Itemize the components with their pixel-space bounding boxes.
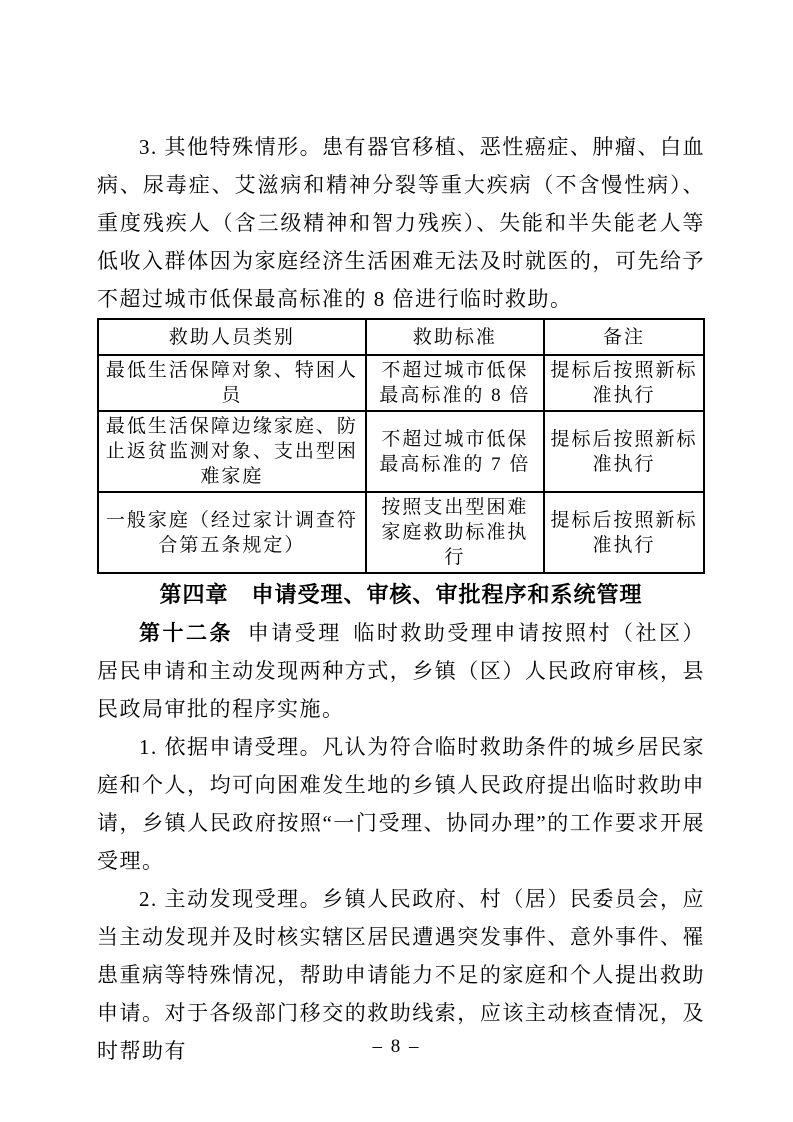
table-cell-category: 最低生活保障对象、特困人员 [98,355,366,411]
page-number: – 8 – [0,1036,793,1058]
table-cell-remark: 提标后按照新标准执行 [544,355,704,411]
table-header-row: 救助人员类别 救助标准 备注 [98,319,704,355]
table-header-remark: 备注 [544,319,704,355]
paragraph-special-cases: 3. 其他特殊情形。患有器官移植、恶性癌症、肿瘤、白血病、尿毒症、艾滋病和精神分… [97,128,705,318]
table-header-category: 救助人员类别 [98,319,366,355]
paragraph-item-1: 1. 依据申请受理。凡认为符合临时救助条件的城乡居民家庭和个人，均可向困难发生地… [97,728,705,880]
table-header-standard: 救助标准 [366,319,544,355]
table-row: 一般家庭（经过家计调查符合第五条规定） 按照支出型困难家庭救助标准执行 提标后按… [98,492,704,573]
aid-standards-table: 救助人员类别 救助标准 备注 最低生活保障对象、特困人员 不超过城市低保最高标准… [97,318,705,574]
article-subtitle: 申请受理 [248,621,342,645]
table-row: 最低生活保障边缘家庭、防止返贫监测对象、支出型困难家庭 不超过城市低保最高标准的… [98,411,704,492]
document-page: 3. 其他特殊情形。患有器官移植、恶性癌症、肿瘤、白血病、尿毒症、艾滋病和精神分… [0,0,793,1122]
table-cell-category: 一般家庭（经过家计调查符合第五条规定） [98,492,366,573]
article-number: 第十二条 [139,621,233,645]
chapter-heading: 第四章 申请受理、审核、审批程序和系统管理 [97,576,705,614]
table-cell-remark: 提标后按照新标准执行 [544,492,704,573]
table-row: 最低生活保障对象、特困人员 不超过城市低保最高标准的 8 倍 提标后按照新标准执… [98,355,704,411]
paragraph-article-12: 第十二条申请受理临时救助受理申请按照村（社区）居民申请和主动发现两种方式，乡镇（… [97,614,705,728]
text-block: 3. 其他特殊情形。患有器官移植、恶性癌症、肿瘤、白血病、尿毒症、艾滋病和精神分… [97,128,705,1070]
table-cell-standard: 按照支出型困难家庭救助标准执行 [366,492,544,573]
table-cell-category: 最低生活保障边缘家庭、防止返贫监测对象、支出型困难家庭 [98,411,366,492]
table-cell-standard: 不超过城市低保最高标准的 8 倍 [366,355,544,411]
table-cell-standard: 不超过城市低保最高标准的 7 倍 [366,411,544,492]
table-cell-remark: 提标后按照新标准执行 [544,411,704,492]
